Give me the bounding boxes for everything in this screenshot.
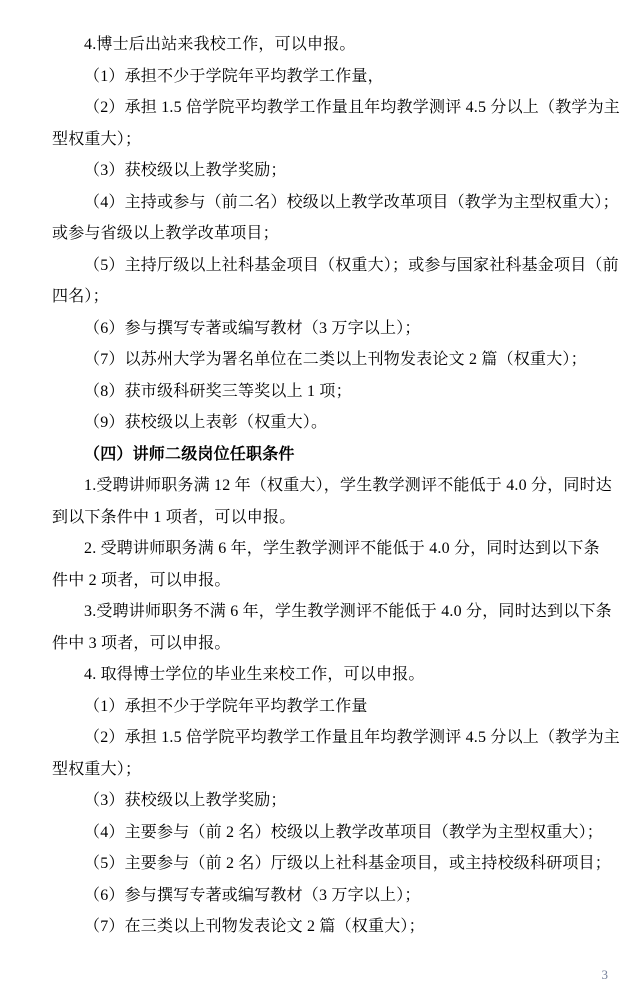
paragraph-line: （5）主持厅级以上社科基金项目（权重大）；或参与国家社科基金项目（前 <box>52 250 612 282</box>
document-page: 4.博士后出站来我校工作，可以申报。（1）承担不少于学院年平均教学工作量，（2）… <box>0 0 641 1003</box>
paragraph-line: （8）获市级科研奖三等奖以上 1 项； <box>52 376 612 408</box>
paragraph-line: 4. 取得博士学位的毕业生来校工作，可以申报。 <box>52 659 612 691</box>
paragraph-line: （9）获校级以上表彰（权重大）。 <box>52 407 612 439</box>
paragraph-line: 型权重大）； <box>52 124 612 156</box>
paragraph-line: 2. 受聘讲师职务满 6 年，学生教学测评不能低于 4.0 分，同时达到以下条 <box>52 533 612 565</box>
paragraph-line: 到以下条件中 1 项者，可以申报。 <box>52 502 612 534</box>
paragraph-line: 3.受聘讲师职务不满 6 年，学生教学测评不能低于 4.0 分，同时达到以下条 <box>52 596 612 628</box>
paragraph-line: （3）获校级以上教学奖励； <box>52 785 612 817</box>
paragraph-line: 4.博士后出站来我校工作，可以申报。 <box>52 29 612 61</box>
section-heading: （四）讲师二级岗位任职条件 <box>52 439 612 471</box>
paragraph-line: （6）参与撰写专著或编写教材（3 万字以上）； <box>52 313 612 345</box>
paragraph-line: 件中 3 项者，可以申报。 <box>52 628 612 660</box>
paragraph-line: （6）参与撰写专著或编写教材（3 万字以上）； <box>52 880 612 912</box>
paragraph-line: （7）在三类以上刊物发表论文 2 篇（权重大）； <box>52 911 612 943</box>
paragraph-line: （2）承担 1.5 倍学院平均教学工作量且年均教学测评 4.5 分以上（教学为主 <box>52 92 612 124</box>
paragraph-line: 型权重大）； <box>52 754 612 786</box>
paragraph-line: 四名）； <box>52 281 612 313</box>
paragraph-line: （1）承担不少于学院年平均教学工作量， <box>52 61 612 93</box>
paragraph-line: （4）主持或参与（前二名）校级以上教学改革项目（教学为主型权重大）； <box>52 187 612 219</box>
paragraph-line: （7）以苏州大学为署名单位在二类以上刊物发表论文 2 篇（权重大）； <box>52 344 612 376</box>
paragraph-line: （5）主要参与（前 2 名）厅级以上社科基金项目，或主持校级科研项目； <box>52 848 612 880</box>
paragraph-line: 或参与省级以上教学改革项目； <box>52 218 612 250</box>
page-number: 3 <box>602 965 609 985</box>
paragraph-line: 件中 2 项者，可以申报。 <box>52 565 612 597</box>
paragraph-line: （3）获校级以上教学奖励； <box>52 155 612 187</box>
paragraph-line: （2）承担 1.5 倍学院平均教学工作量且年均教学测评 4.5 分以上（教学为主 <box>52 722 612 754</box>
paragraph-line: （4）主要参与（前 2 名）校级以上教学改革项目（教学为主型权重大）； <box>52 817 612 849</box>
paragraph-line: （1）承担不少于学院年平均教学工作量 <box>52 691 612 723</box>
document-content: 4.博士后出站来我校工作，可以申报。（1）承担不少于学院年平均教学工作量，（2）… <box>52 29 612 943</box>
paragraph-line: 1.受聘讲师职务满 12 年（权重大），学生教学测评不能低于 4.0 分，同时达 <box>52 470 612 502</box>
